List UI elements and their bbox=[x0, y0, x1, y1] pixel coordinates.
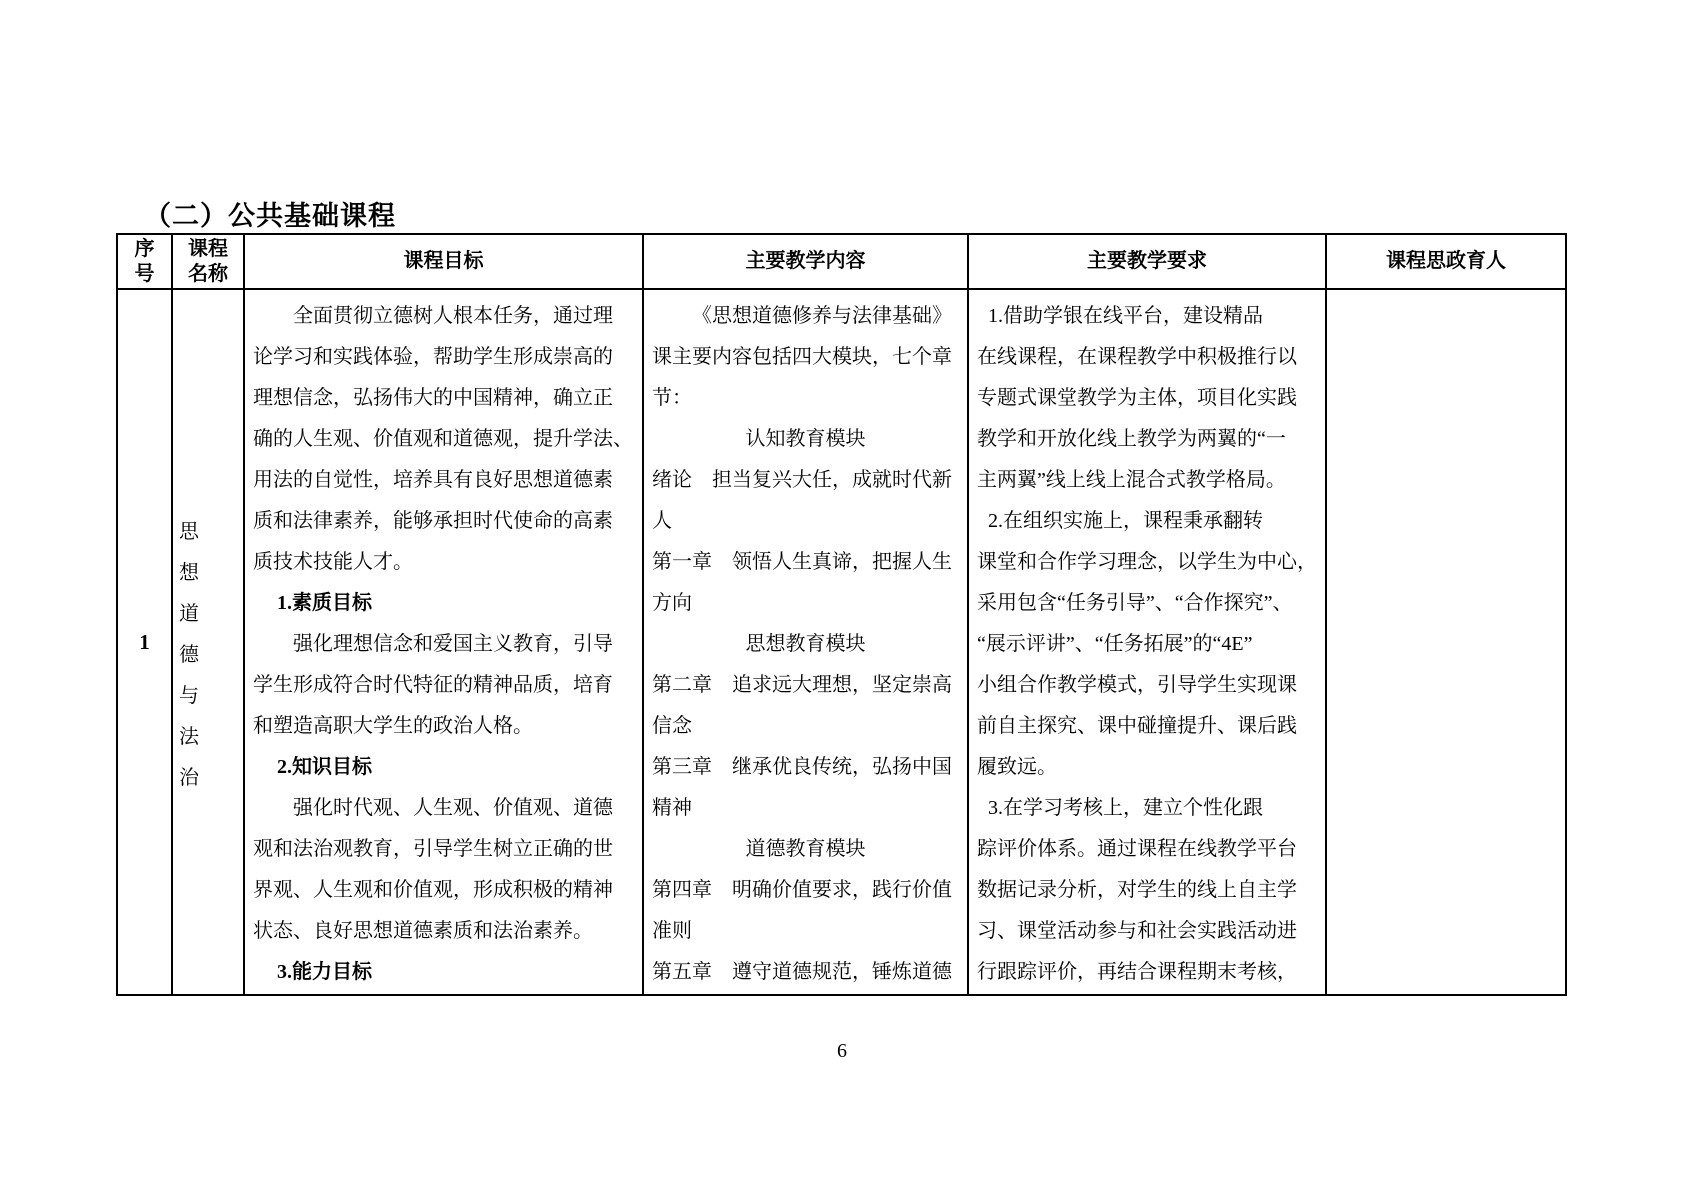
table-row: 1 思 想 道 德 与 法 治 全面贯彻立德树人根本任务，通过理 论学习和实践体… bbox=[117, 289, 1566, 995]
text-line: 方向 bbox=[652, 583, 959, 624]
text-line: 用法的自觉性，培养具有良好思想道德素 bbox=[253, 460, 634, 501]
text-line: 与 法 bbox=[179, 676, 237, 758]
text-line: 踪评价体系。通过课程在线教学平台 bbox=[977, 829, 1317, 870]
text-line: 行跟踪评价，再结合课程期末考核， bbox=[977, 952, 1317, 993]
text-line: 2.在组织实施上，课程秉承翻转 bbox=[977, 501, 1317, 542]
text-line: 学生形成符合时代特征的精神品质，培育 bbox=[253, 665, 634, 706]
teaching-content-text: 《思想道德修养与法律基础》 课主要内容包括四大模块，七个章 节： 认知教育模块 … bbox=[644, 290, 967, 993]
text-line: 精神 bbox=[652, 788, 959, 829]
text-line: 教学和开放化线上教学为两翼的“一 bbox=[977, 419, 1317, 460]
teaching-requirements-text: 1.借助学银在线平台，建设精品 在线课程，在课程教学中积极推行以 专题式课堂教学… bbox=[969, 290, 1325, 993]
cell-course-name: 思 想 道 德 与 法 治 bbox=[172, 289, 244, 995]
text-line: 1.素质目标 bbox=[253, 583, 634, 624]
text-line: 质和法律素养，能够承担时代使命的高素 bbox=[253, 501, 634, 542]
text-line: 课堂和合作学习理念，以学生为中心， bbox=[977, 542, 1317, 583]
cell-course-index: 1 bbox=[117, 289, 172, 995]
text-line: 观和法治观教育，引导学生树立正确的世 bbox=[253, 829, 634, 870]
cell-teaching-requirements: 1.借助学银在线平台，建设精品 在线课程，在课程教学中积极推行以 专题式课堂教学… bbox=[968, 289, 1326, 995]
text-line: 治 bbox=[179, 758, 237, 799]
text-line: 第四章 明确价值要求，践行价值 bbox=[652, 870, 959, 911]
text-line: 思 想 bbox=[179, 512, 237, 594]
courses-table: 序号 课程名称 课程目标 主要教学内容 主要教学要求 课程思政育人 1 思 想 … bbox=[116, 233, 1567, 996]
table-header-row: 序号 课程名称 课程目标 主要教学内容 主要教学要求 课程思政育人 bbox=[117, 234, 1566, 289]
text-line: 界观、人生观和价值观，形成积极的精神 bbox=[253, 870, 634, 911]
text-line: 准则 bbox=[652, 911, 959, 952]
text-line: 思想教育模块 bbox=[652, 624, 959, 665]
text-line: 采用包含“任务引导”、“合作探究”、 bbox=[977, 583, 1317, 624]
text-line: 在线课程，在课程教学中积极推行以 bbox=[977, 337, 1317, 378]
page-number: 6 bbox=[0, 1040, 1684, 1063]
text-line: 第一章 领悟人生真谛，把握人生 bbox=[652, 542, 959, 583]
text-line: 《思想道德修养与法律基础》 bbox=[652, 296, 959, 337]
text-line: 1.借助学银在线平台，建设精品 bbox=[977, 296, 1317, 337]
text-line: 主两翼”线上线上混合式教学格局。 bbox=[977, 460, 1317, 501]
header-teaching-content: 主要教学内容 bbox=[643, 234, 968, 289]
text-line: 理想信念，弘扬伟大的中国精神，确立正 bbox=[253, 378, 634, 419]
text-line: 道 德 bbox=[179, 594, 237, 676]
header-ideology-education: 课程思政育人 bbox=[1326, 234, 1566, 289]
text-line: 认知教育模块 bbox=[652, 419, 959, 460]
cell-teaching-content: 《思想道德修养与法律基础》 课主要内容包括四大模块，七个章 节： 认知教育模块 … bbox=[643, 289, 968, 995]
header-course-objectives: 课程目标 bbox=[244, 234, 643, 289]
text-line: 第三章 继承优良传统，弘扬中国 bbox=[652, 747, 959, 788]
text-line: 全面贯彻立德树人根本任务，通过理 bbox=[253, 296, 634, 337]
course-name: 思 想 道 德 与 法 治 bbox=[179, 512, 237, 799]
text-line: 强化时代观、人生观、价值观、道德 bbox=[253, 788, 634, 829]
document-page: （二）公共基础课程 序号 课程名称 课程目标 主要教学内容 主要教学要求 课程思… bbox=[0, 0, 1684, 1191]
text-line: 履致远。 bbox=[977, 747, 1317, 788]
cell-course-objectives: 全面贯彻立德树人根本任务，通过理 论学习和实践体验，帮助学生形成崇高的 理想信念… bbox=[244, 289, 643, 995]
objectives-text: 全面贯彻立德树人根本任务，通过理 论学习和实践体验，帮助学生形成崇高的 理想信念… bbox=[245, 290, 642, 993]
text-line: 习、课堂活动参与和社会实践活动进 bbox=[977, 911, 1317, 952]
text-line: 绪论 担当复兴大任，成就时代新 bbox=[652, 460, 959, 501]
text-line: 小组合作教学模式，引导学生实现课 bbox=[977, 665, 1317, 706]
text-line: 和塑造高职大学生的政治人格。 bbox=[253, 706, 634, 747]
text-line: 课主要内容包括四大模块，七个章 bbox=[652, 337, 959, 378]
cell-ideology-education bbox=[1326, 289, 1566, 995]
header-teaching-requirements: 主要教学要求 bbox=[968, 234, 1326, 289]
header-index: 序号 bbox=[117, 234, 172, 289]
text-line: 2.知识目标 bbox=[253, 747, 634, 788]
text-line: 专题式课堂教学为主体，项目化实践 bbox=[977, 378, 1317, 419]
text-line: 信念 bbox=[652, 706, 959, 747]
text-line: 3.能力目标 bbox=[253, 952, 634, 993]
text-line: 数据记录分析，对学生的线上自主学 bbox=[977, 870, 1317, 911]
text-line: “展示评讲”、“任务拓展”的“4E” bbox=[977, 624, 1317, 665]
text-line: 确的人生观、价值观和道德观，提升学法、 bbox=[253, 419, 634, 460]
text-line: 第五章 遵守道德规范，锤炼道德 bbox=[652, 952, 959, 993]
header-course-name: 课程名称 bbox=[172, 234, 244, 289]
text-line: 第二章 追求远大理想，坚定崇高 bbox=[652, 665, 959, 706]
text-line: 人 bbox=[652, 501, 959, 542]
text-line: 节： bbox=[652, 378, 959, 419]
text-line: 前自主探究、课中碰撞提升、课后践 bbox=[977, 706, 1317, 747]
text-line: 质技术技能人才。 bbox=[253, 542, 634, 583]
text-line: 3.在学习考核上，建立个性化跟 bbox=[977, 788, 1317, 829]
section-title: （二）公共基础课程 bbox=[144, 194, 396, 233]
text-line: 状态、良好思想道德素质和法治素养。 bbox=[253, 911, 634, 952]
text-line: 强化理想信念和爱国主义教育，引导 bbox=[253, 624, 634, 665]
text-line: 论学习和实践体验，帮助学生形成崇高的 bbox=[253, 337, 634, 378]
text-line: 道德教育模块 bbox=[652, 829, 959, 870]
